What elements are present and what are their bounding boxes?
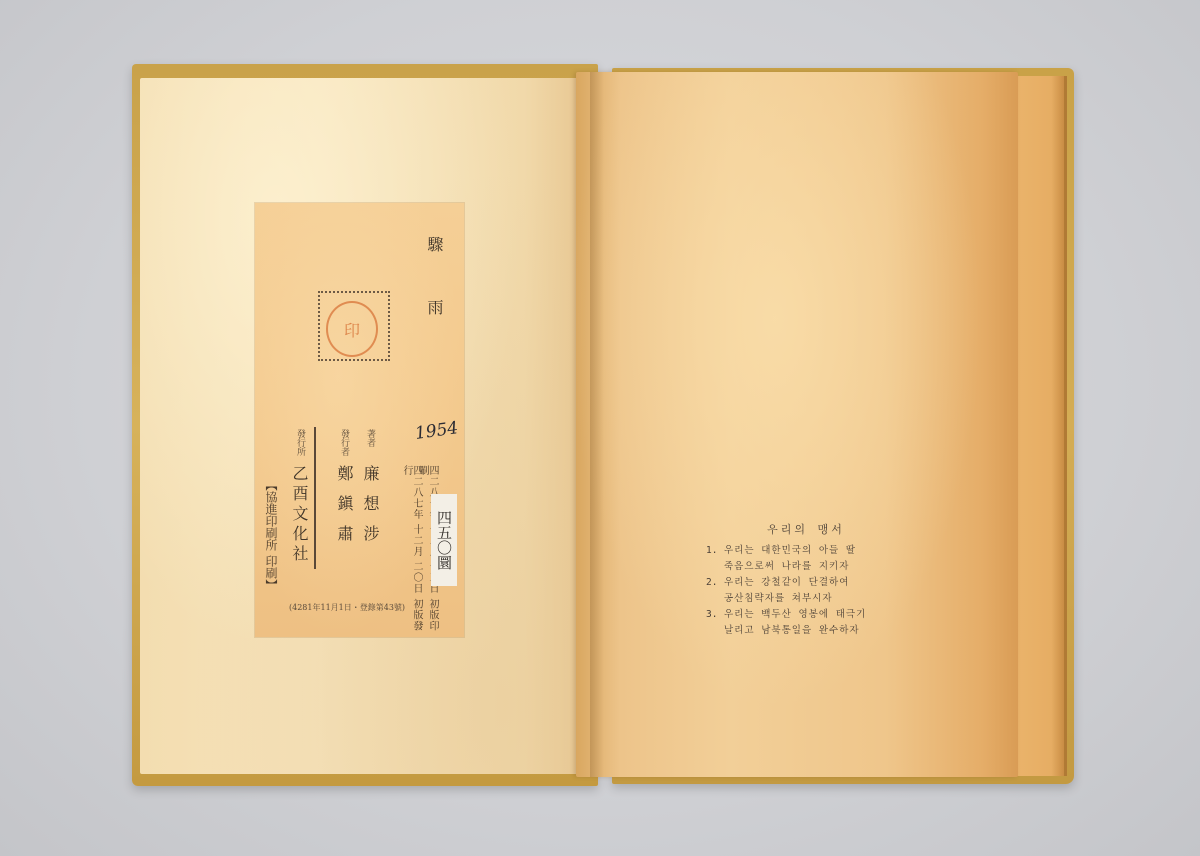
seal-box: 印 xyxy=(318,291,390,361)
pledge-line: 우리는 강철같이 단결하여 xyxy=(724,575,906,591)
price-suffix: 圜 xyxy=(435,555,453,570)
pledge-number: 1. xyxy=(706,543,724,575)
pledge-item: 2. 우리는 강철같이 단결하여 공산침략자를 쳐부시자 xyxy=(706,575,906,607)
open-book: 驟 雨 印 1954 著者 廉想涉 發行者 鄭鎭肅 發行所 乙酉文化社 四二八七… xyxy=(0,0,1200,856)
pledge-lines: 우리는 강철같이 단결하여 공산침략자를 쳐부시자 xyxy=(724,575,906,607)
pledge-line: 우리는 백두산 영봉에 태극기 xyxy=(724,607,906,623)
registration-note: (4281年11月1日・登錄第43號) xyxy=(289,602,405,613)
pledge-number: 3. xyxy=(706,607,724,639)
pledge-block: 우리의 맹서 1. 우리는 대한민국의 아들 딸 죽음으로써 나라를 지키자 2… xyxy=(706,521,906,639)
pledge-lines: 우리는 대한민국의 아들 딸 죽음으로써 나라를 지키자 xyxy=(724,543,906,575)
author-name: 廉想涉 xyxy=(362,465,378,555)
pledge-line: 공산침략자를 쳐부시자 xyxy=(724,591,906,607)
right-page xyxy=(576,72,1018,777)
pledge-line: 우리는 대한민국의 아들 딸 xyxy=(724,543,906,559)
price-stamp: 四五〇圜 xyxy=(431,494,457,586)
author-label: 著者 xyxy=(365,429,374,447)
publisher-person-label: 發行者 xyxy=(339,429,348,456)
publisher-label: 發行所 xyxy=(295,429,304,456)
seal-stamp-icon: 印 xyxy=(326,301,378,357)
printer-credit: 【協進印刷所 印刷】 xyxy=(265,479,277,591)
pledge-item: 3. 우리는 백두산 영봉에 태극기 날리고 남북통일을 완수하자 xyxy=(706,607,906,639)
book-gutter xyxy=(590,72,604,777)
handwritten-year: 1954 xyxy=(414,418,460,444)
pledge-lines: 우리는 백두산 영봉에 태극기 날리고 남북통일을 완수하자 xyxy=(724,607,906,639)
pledge-line: 죽음으로써 나라를 지키자 xyxy=(724,559,906,575)
divider-line xyxy=(314,427,316,569)
pledge-line: 날리고 남북통일을 완수하자 xyxy=(724,623,906,639)
book-title-char-2: 雨 xyxy=(426,299,442,315)
pledge-title: 우리의 맹서 xyxy=(706,521,906,537)
book-title-char-1: 驟 xyxy=(426,236,442,252)
publisher-name: 乙酉文化社 xyxy=(291,465,307,565)
pledge-number: 2. xyxy=(706,575,724,607)
price-value: 四五〇 xyxy=(435,510,453,555)
colophon-label: 驟 雨 印 1954 著者 廉想涉 發行者 鄭鎭肅 發行所 乙酉文化社 四二八七… xyxy=(255,203,464,637)
pledge-item: 1. 우리는 대한민국의 아들 딸 죽음으로써 나라를 지키자 xyxy=(706,543,906,575)
publisher-person-name: 鄭鎭肅 xyxy=(336,465,352,555)
